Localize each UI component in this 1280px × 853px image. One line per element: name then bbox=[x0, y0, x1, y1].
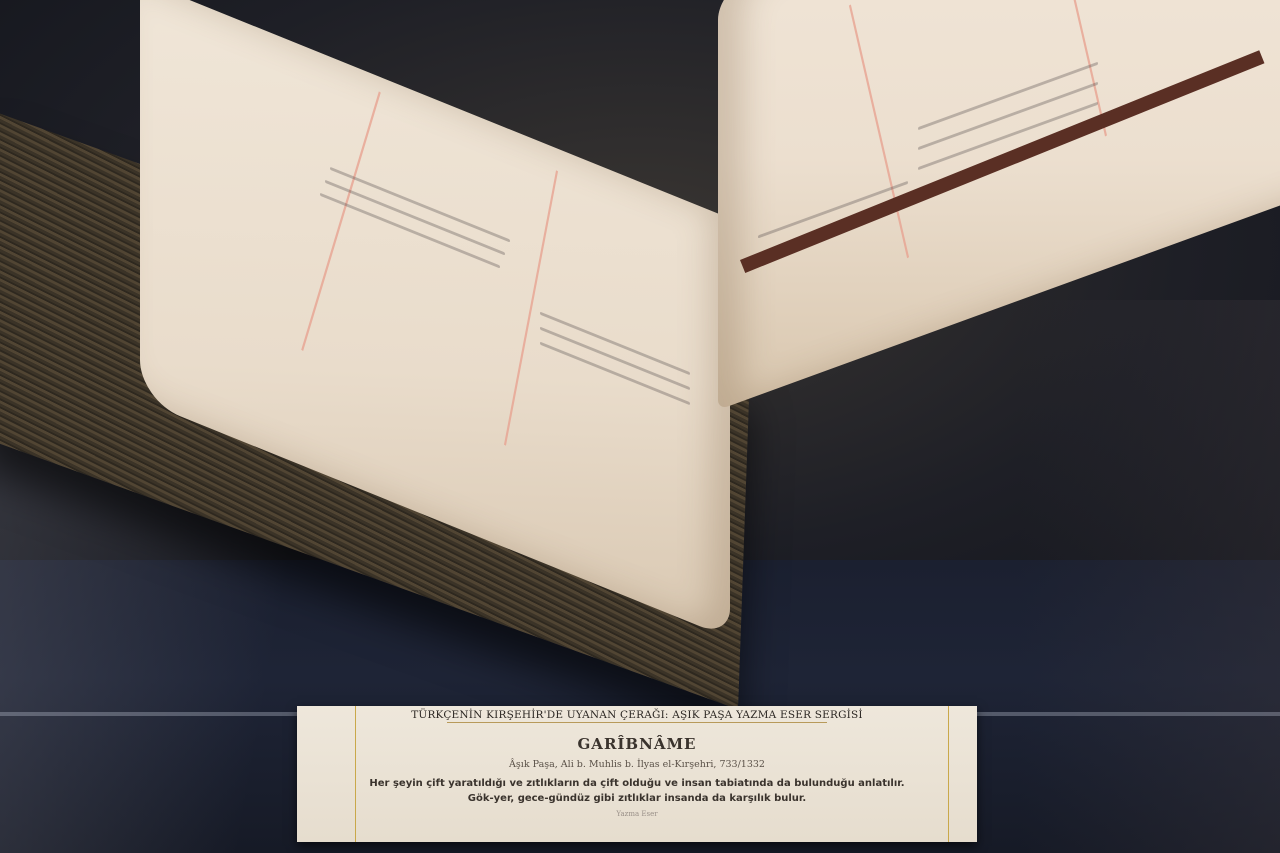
exhibit-label: TÜRKÇENİN KIRŞEHİR'DE UYANAN ÇERAĞI: AŞI… bbox=[297, 706, 977, 842]
label-gold-frame bbox=[355, 706, 949, 842]
text-line bbox=[330, 167, 510, 243]
page-rule bbox=[504, 170, 558, 446]
text-line bbox=[320, 193, 500, 269]
page-rule bbox=[301, 91, 381, 351]
museum-scene: TÜRKÇENİN KIRŞEHİR'DE UYANAN ÇERAĞI: AŞI… bbox=[0, 0, 1280, 853]
text-line bbox=[540, 312, 690, 376]
right-page bbox=[718, 0, 1280, 410]
text-line bbox=[540, 342, 690, 406]
text-line bbox=[325, 180, 505, 256]
text-line bbox=[918, 62, 1098, 131]
manuscript-book bbox=[0, 0, 1280, 560]
text-line bbox=[540, 327, 690, 391]
